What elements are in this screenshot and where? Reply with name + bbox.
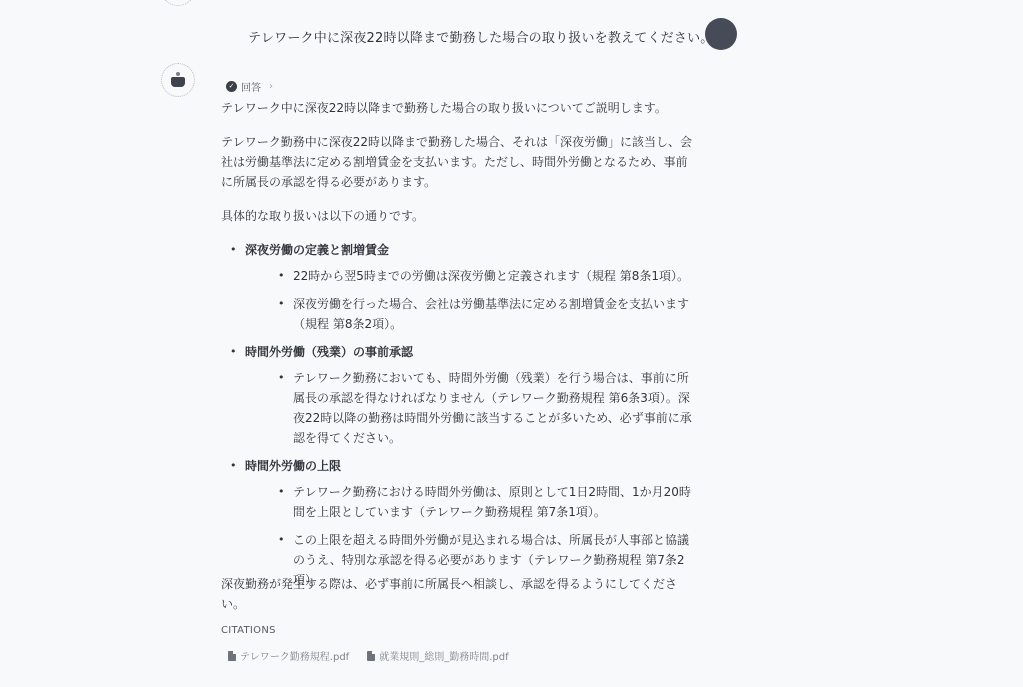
section-title: 深夜労働の定義と割増賃金: [245, 240, 696, 260]
chevron-right-icon: ›: [269, 81, 273, 92]
document-icon: [228, 651, 236, 661]
user-message: テレワーク中に深夜22時以降まで勤務した場合の取り扱いを教えてください。: [248, 27, 713, 46]
citations-list: テレワーク勤務規程.pdf 就業規則_総則_勤務時間.pdf: [228, 648, 509, 663]
answer-closing: 深夜勤務が発生する際は、必ず事前に所属長へ相談し、承認を得るようにしてください。: [221, 574, 696, 614]
citations-label: CITATIONS: [221, 625, 276, 636]
answer-sections: 深夜労働の定義と割増賃金 22時から翌5時までの労働は深夜労働と定義されます（規…: [221, 240, 696, 590]
detail-item: テレワーク勤務においても、時間外労働（残業）を行う場合は、事前に所属長の承認を得…: [269, 368, 696, 448]
detail-item: テレワーク勤務における時間外労働は、原則として1日2時間、1か月20時間を上限と…: [269, 482, 696, 522]
citation-filename: 就業規則_総則_勤務時間.pdf: [379, 648, 508, 663]
answer-lead: 具体的な取り扱いは以下の通りです。: [221, 206, 696, 226]
citation-filename: テレワーク勤務規程.pdf: [240, 648, 349, 663]
chat-page: テレワーク中に深夜22時以降まで勤務した場合の取り扱いを教えてください。 ✓ 回…: [0, 0, 1023, 687]
assistant-avatar: [161, 63, 195, 97]
detail-item: 22時から翌5時までの労働は深夜労働と定義されます（規程 第8条1項）。: [269, 266, 696, 286]
section-title: 時間外労働の上限: [245, 456, 696, 476]
document-icon: [367, 651, 375, 661]
section-details: テレワーク勤務においても、時間外労働（残業）を行う場合は、事前に所属長の承認を得…: [245, 368, 696, 448]
answer-status-toggle[interactable]: ✓ 回答 ›: [226, 79, 273, 94]
citation-link[interactable]: テレワーク勤務規程.pdf: [228, 648, 349, 663]
assistant-answer: テレワーク中に深夜22時以降まで勤務した場合の取り扱いについてご説明します。 テ…: [221, 98, 696, 598]
previous-assistant-avatar: [160, 0, 196, 6]
assistant-logo-icon: [171, 77, 185, 87]
section-item: 時間外労働（残業）の事前承認 テレワーク勤務においても、時間外労働（残業）を行う…: [221, 342, 696, 448]
answer-intro: テレワーク中に深夜22時以降まで勤務した場合の取り扱いについてご説明します。: [221, 98, 696, 118]
detail-item: 深夜労働を行った場合、会社は労働基準法に定める割増賃金を支払います（規程 第8条…: [269, 294, 696, 334]
section-title: 時間外労働（残業）の事前承認: [245, 342, 696, 362]
section-item: 時間外労働の上限 テレワーク勤務における時間外労働は、原則として1日2時間、1か…: [221, 456, 696, 590]
section-item: 深夜労働の定義と割増賃金 22時から翌5時までの労働は深夜労働と定義されます（規…: [221, 240, 696, 334]
check-circle-icon: ✓: [226, 81, 237, 92]
section-details: 22時から翌5時までの労働は深夜労働と定義されます（規程 第8条1項）。 深夜労…: [245, 266, 696, 334]
answer-status-label: 回答: [241, 79, 261, 94]
answer-summary: テレワーク勤務中に深夜22時以降まで勤務した場合、それは「深夜労働」に該当し、会…: [221, 132, 696, 192]
user-avatar[interactable]: [705, 18, 737, 50]
citation-link[interactable]: 就業規則_総則_勤務時間.pdf: [367, 648, 508, 663]
